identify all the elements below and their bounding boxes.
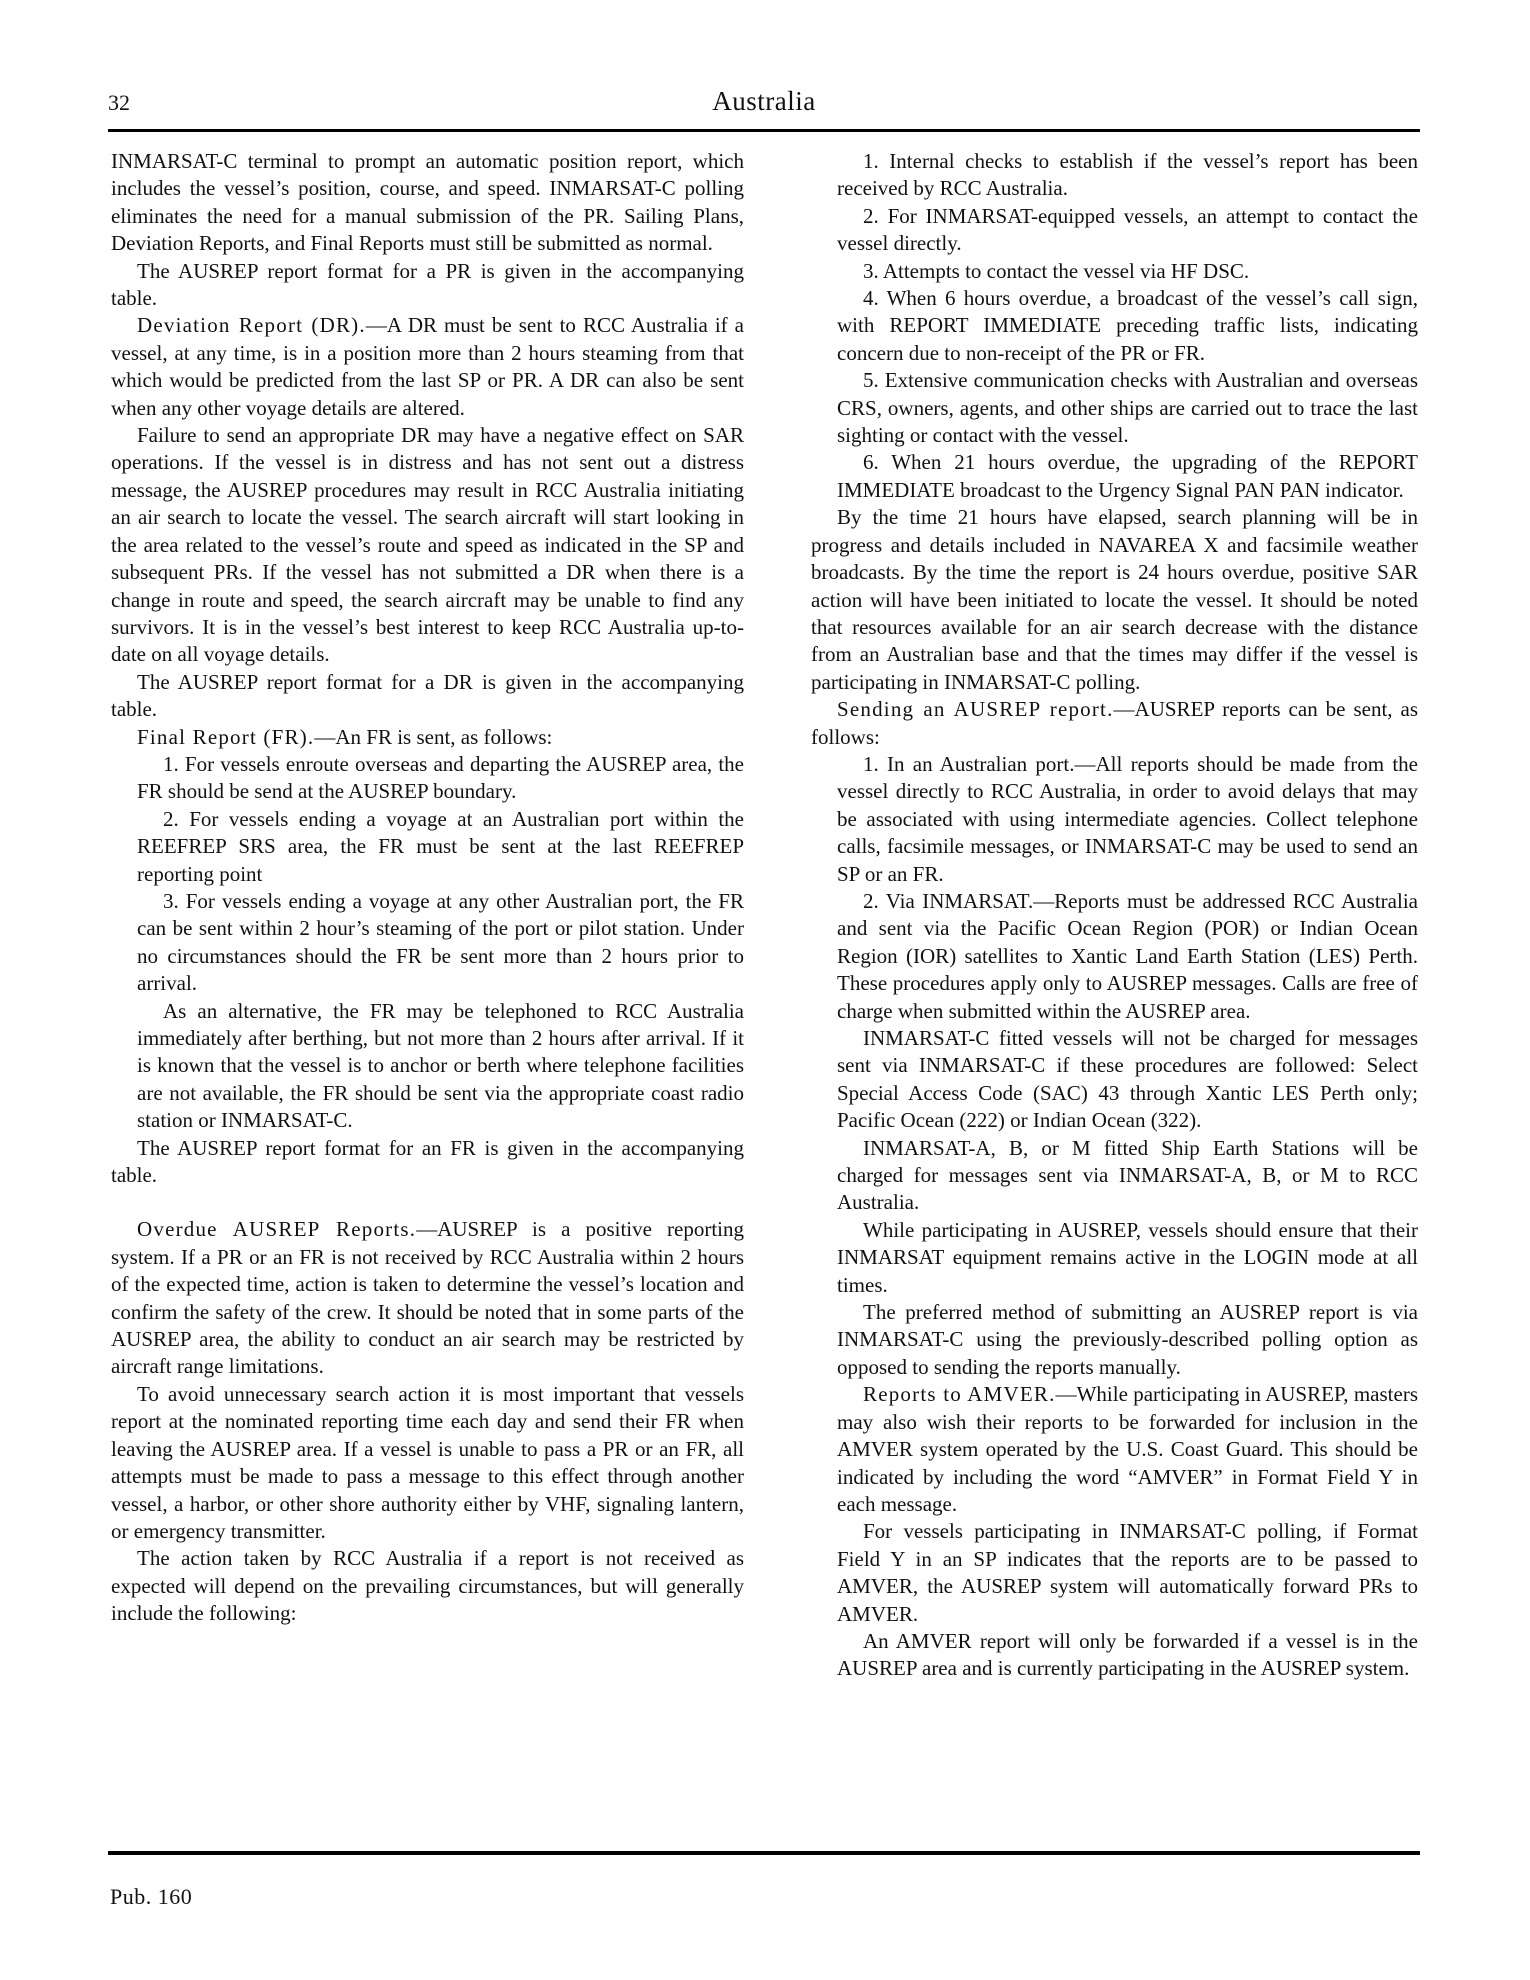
paragraph: An AMVER report will only be forwarded i… — [811, 1628, 1418, 1683]
paragraph: While participating in AUSREP, vessels s… — [811, 1217, 1418, 1299]
paragraph-sending-report: Sending an AUSREP report.—AUSREP reports… — [811, 696, 1418, 751]
paragraph: Failure to send an appropriate DR may ha… — [111, 422, 744, 669]
paragraph: INMARSAT-A, B, or M fitted Ship Earth St… — [811, 1135, 1418, 1217]
list-item: 1. For vessels enroute overseas and depa… — [111, 751, 744, 806]
spacer — [111, 1189, 744, 1216]
list-item: 5. Extensive communication checks with A… — [811, 367, 1418, 449]
list-item-heading: 2. Via INMARSAT. — [863, 889, 1033, 913]
paragraph-text: —AUSREP is a positive reporting system. … — [111, 1217, 744, 1378]
paragraph-deviation-report: Deviation Report (DR).—A DR must be sent… — [111, 312, 744, 422]
section-heading: Sending an AUSREP report. — [837, 697, 1114, 721]
footer-rule — [108, 1851, 1420, 1855]
list-item: 4. When 6 hours overdue, a broadcast of … — [811, 285, 1418, 367]
paragraph: INMARSAT-C terminal to prompt an automat… — [111, 148, 744, 258]
paragraph: To avoid unnecessary search action it is… — [111, 1381, 744, 1545]
header-rule — [108, 129, 1420, 132]
section-heading: Final Report (FR). — [137, 725, 314, 749]
list-item: 2. Via INMARSAT.—Reports must be address… — [811, 888, 1418, 1025]
left-column: INMARSAT-C terminal to prompt an automat… — [111, 148, 744, 1628]
section-heading: Overdue AUSREP Reports. — [137, 1217, 416, 1241]
paragraph: By the time 21 hours have elapsed, searc… — [811, 504, 1418, 696]
page-header: 32 Australia — [108, 86, 1420, 126]
paragraph-amver: Reports to AMVER.—While participating in… — [811, 1381, 1418, 1518]
paragraph: The preferred method of submitting an AU… — [811, 1299, 1418, 1381]
list-item: 3. For vessels ending a voyage at any ot… — [111, 888, 744, 998]
list-item: 2. For INMARSAT-equipped vessels, an att… — [811, 203, 1418, 258]
paragraph: The AUSREP report format for a DR is giv… — [111, 669, 744, 724]
list-item-heading: 1. In an Australian port. — [863, 752, 1075, 776]
list-item: 6. When 21 hours overdue, the upgrading … — [811, 449, 1418, 504]
section-heading: Deviation Report (DR). — [137, 313, 366, 337]
paragraph: The AUSREP report format for an FR is gi… — [111, 1135, 744, 1190]
list-item: As an alternative, the FR may be telepho… — [111, 998, 744, 1135]
list-item: 2. For vessels ending a voyage at an Aus… — [111, 806, 744, 888]
right-column: 1. Internal checks to establish if the v… — [811, 148, 1418, 1683]
list-item: 1. Internal checks to establish if the v… — [811, 148, 1418, 203]
publication-label: Pub. 160 — [110, 1884, 192, 1910]
paragraph-final-report: Final Report (FR).—An FR is sent, as fol… — [111, 724, 744, 751]
paragraph: For vessels participating in INMARSAT-C … — [811, 1518, 1418, 1628]
section-heading: Reports to AMVER. — [863, 1382, 1056, 1406]
list-item: 1. In an Australian port.—All reports sh… — [811, 751, 1418, 888]
running-title: Australia — [108, 86, 1420, 117]
paragraph: INMARSAT-C fitted vessels will not be ch… — [811, 1025, 1418, 1135]
list-item: 3. Attempts to contact the vessel via HF… — [811, 258, 1418, 285]
paragraph: The AUSREP report format for a PR is giv… — [111, 258, 744, 313]
paragraph-overdue-reports: Overdue AUSREP Reports.—AUSREP is a posi… — [111, 1216, 744, 1380]
paragraph-text: —An FR is sent, as follows: — [314, 725, 552, 749]
paragraph: The action taken by RCC Australia if a r… — [111, 1545, 744, 1627]
